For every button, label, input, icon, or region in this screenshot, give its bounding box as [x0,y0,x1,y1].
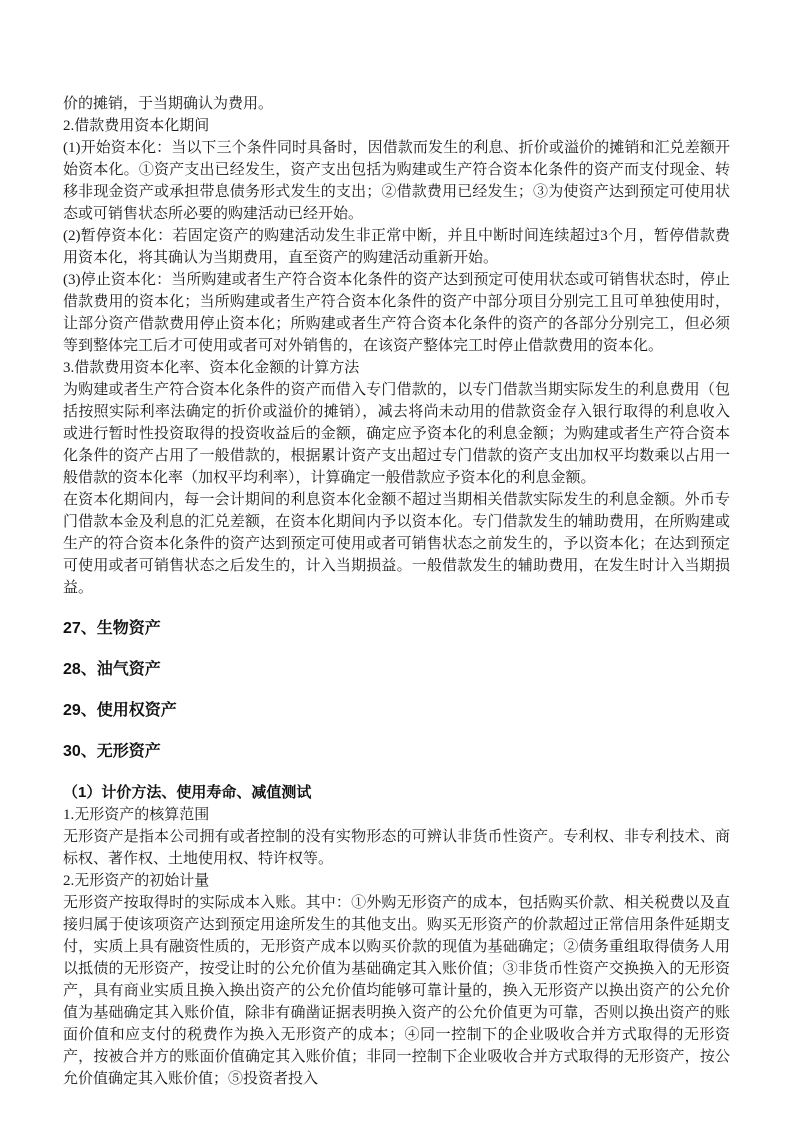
paragraph-continuation: 价的摊销，于当期确认为费用。 [63,93,730,115]
paragraph-stop-capitalization: (3)停止资本化：当所购建或者生产符合资本化条件的资产达到预定可使用状态或可销售… [63,269,730,357]
paragraph-suspend-capitalization: (2)暂停资本化：若固定资产的购建活动发生非正常中断，并且中断时间连续超过3个月… [63,225,730,269]
document-page: 价的摊销，于当期确认为费用。 2.借款费用资本化期间 (1)开始资本化：当以下三… [0,0,793,1122]
heading-30-intangible-assets: 30、无形资产 [63,741,730,763]
paragraph-special-borrowing-interest: 为购建或者生产符合资本化条件的资产而借入专门借款的，以专门借款当期实际发生的利息… [63,379,730,489]
paragraph-intangible-definition: 无形资产是指本公司拥有或者控制的没有实物形态的可辨认非货币性资产。专利权、非专利… [63,826,730,870]
subheading-valuation-method-useful-life-impairment: （1）计价方法、使用寿命、减值测试 [63,782,730,804]
paragraph-intangible-measurement-detail: 无形资产按取得时的实际成本入账。其中：①外购无形资产的成本，包括购买价款、相关税… [63,892,730,1090]
paragraph-capitalization-period-rules: 在资本化期间内，每一会计期间的利息资本化金额不超过当期相关借款实际发生的利息金额… [63,489,730,599]
document-content: 价的摊销，于当期确认为费用。 2.借款费用资本化期间 (1)开始资本化：当以下三… [0,0,793,1090]
list-title-capitalization-period: 2.借款费用资本化期间 [63,115,730,137]
heading-28-oil-gas-assets: 28、油气资产 [63,659,730,681]
heading-29-right-of-use-assets: 29、使用权资产 [63,700,730,722]
list-title-intangible-initial-measurement: 2.无形资产的初始计量 [63,870,730,892]
paragraph-start-capitalization: (1)开始资本化：当以下三个条件同时具备时，因借款而发生的利息、折价或溢价的摊销… [63,137,730,225]
list-title-intangible-scope: 1.无形资产的核算范围 [63,804,730,826]
heading-27-biological-assets: 27、生物资产 [63,618,730,640]
list-title-capitalization-rate-method: 3.借款费用资本化率、资本化金额的计算方法 [63,357,730,379]
